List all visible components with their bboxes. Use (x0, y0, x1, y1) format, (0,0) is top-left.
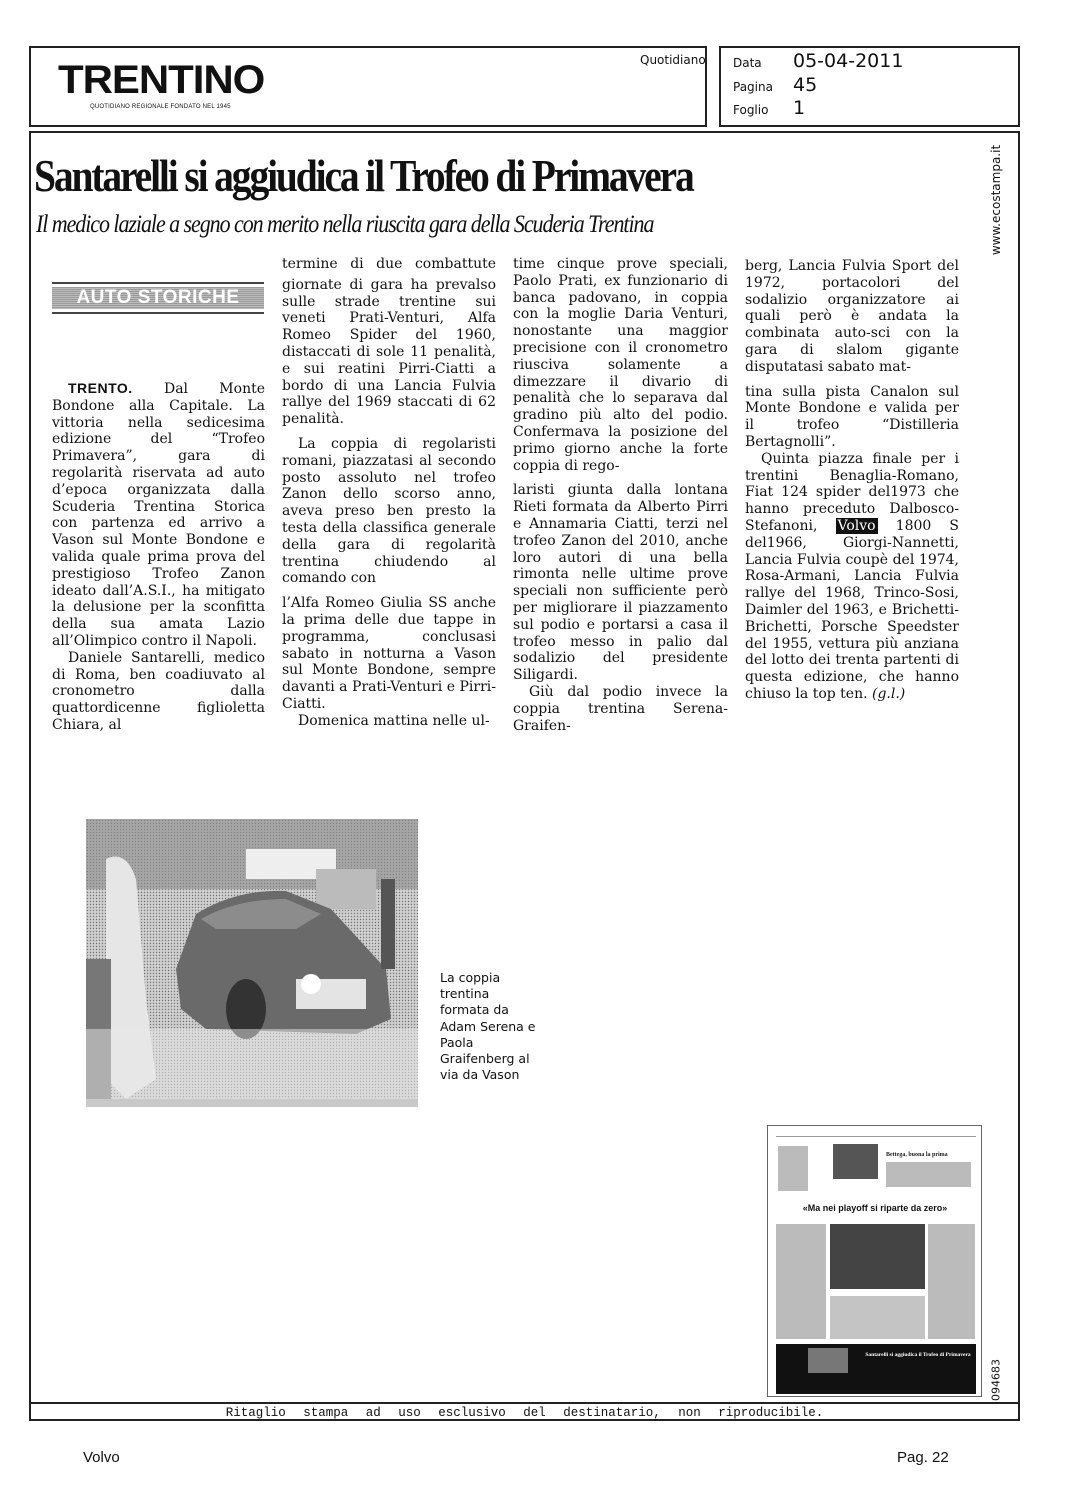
paragraph: berg, Lancia Fulvia Sport del 1972, port… (745, 258, 959, 376)
paragraph-text: Dal Monte Bondone alla Capitale. La vitt… (52, 381, 265, 649)
section-kicker: AUTO STORICHE (52, 282, 264, 314)
section-kicker-band: AUTO STORICHE (52, 287, 264, 309)
meta-page-label: Pagina (733, 80, 793, 94)
photo-caption: La coppia trentina formata da Adam Seren… (440, 970, 540, 1083)
page-thumbnail: Bettega, buona la prima «Ma nei playoff … (767, 1125, 982, 1397)
spacer (282, 428, 496, 436)
spacer (282, 587, 496, 595)
side-url: www.ecostampa.it (986, 140, 1006, 260)
paragraph-text: 1800 S del1966, Giorgi-Nannetti, Lancia … (745, 518, 959, 702)
clipping-notice-text: Ritaglio stampa ad uso esclusivo del des… (29, 1406, 1020, 1420)
meta-sheet-label: Foglio (733, 103, 793, 117)
meta-sheet-value: 1 (793, 97, 805, 119)
article-column-1: TRENTO. Dal Monte Bondone alla Capitale.… (52, 380, 265, 734)
publication-type: Quotidiano (640, 53, 706, 67)
paragraph: time cinque prove speciali, Paolo Prati,… (513, 256, 728, 474)
meta-date: Data05-04-2011 (733, 50, 903, 72)
footer-page-number: Pag. 22 (897, 1449, 949, 1466)
article-subheadline: Il medico laziale a segno con merito nel… (36, 210, 653, 240)
section-kicker-label: AUTO STORICHE (76, 287, 239, 308)
article-column-2: termine di due combattute giornate di ga… (282, 256, 496, 730)
rally-car-photo-icon (86, 819, 418, 1107)
meta-date-label: Data (733, 56, 793, 70)
side-url-text: www.ecostampa.it (989, 145, 1003, 255)
svg-text:Bettega, buona la prima: Bettega, buona la prima (886, 1152, 948, 1158)
paragraph: Quinta piazza finale per i trentini Bena… (745, 451, 959, 703)
paragraph: termine di due combattute (282, 256, 496, 273)
author-signature: (g.l.) (872, 686, 905, 702)
dateline: TRENTO. (68, 380, 133, 396)
paragraph: Domenica mattina nelle ul- (282, 713, 496, 730)
paragraph: Daniele Santarelli, medico di Roma, ben … (52, 650, 265, 734)
article-photo (86, 819, 418, 1107)
paragraph: laristi giunta dalla lontana Rieti forma… (513, 482, 728, 684)
meta-page: Pagina45 (733, 74, 817, 96)
article-column-3: time cinque prove speciali, Paolo Prati,… (513, 256, 728, 734)
meta-sheet: Foglio1 (733, 97, 805, 119)
spacer (745, 376, 959, 384)
paragraph: TRENTO. Dal Monte Bondone alla Capitale.… (52, 380, 265, 650)
article-column-4: berg, Lancia Fulvia Sport del 1972, port… (745, 258, 959, 703)
article-headline: Santarelli si aggiudica il Trofeo di Pri… (34, 150, 693, 202)
paragraph: La coppia di regolaristi romani, piazzat… (282, 436, 496, 587)
spacer (513, 474, 728, 482)
footer-keyword: Volvo (83, 1449, 120, 1466)
paragraph: giornate di gara ha prevalso sulle strad… (282, 277, 496, 428)
paragraph: Giù dal podio invece la coppia trentina … (513, 684, 728, 734)
newspaper-page-thumbnail-icon: Bettega, buona la prima «Ma nei playoff … (768, 1126, 982, 1397)
keyword-highlight: Volvo (836, 518, 878, 534)
newspaper-logo: TRENTINO (58, 60, 264, 100)
clipping-notice: Ritaglio stampa ad uso esclusivo del des… (29, 1402, 1020, 1421)
paragraph: tina sulla pista Canalon sul Monte Bondo… (745, 384, 959, 451)
side-code: 094683 (986, 1350, 1006, 1410)
side-code-text: 094683 (990, 1359, 1003, 1401)
meta-date-value: 05-04-2011 (793, 50, 903, 72)
newspaper-tagline: QUOTIDIANO REGIONALE FONDATO NEL 1945 (90, 104, 231, 110)
paragraph: l’Alfa Romeo Giulia SS anche la prima de… (282, 595, 496, 713)
svg-text:Santarelli si aggiudica il Tro: Santarelli si aggiudica il Trofeo di Pri… (865, 1352, 971, 1358)
svg-text:«Ma nei playoff si riparte da: «Ma nei playoff si riparte da zero» (803, 1203, 948, 1213)
meta-page-value: 45 (793, 74, 817, 96)
